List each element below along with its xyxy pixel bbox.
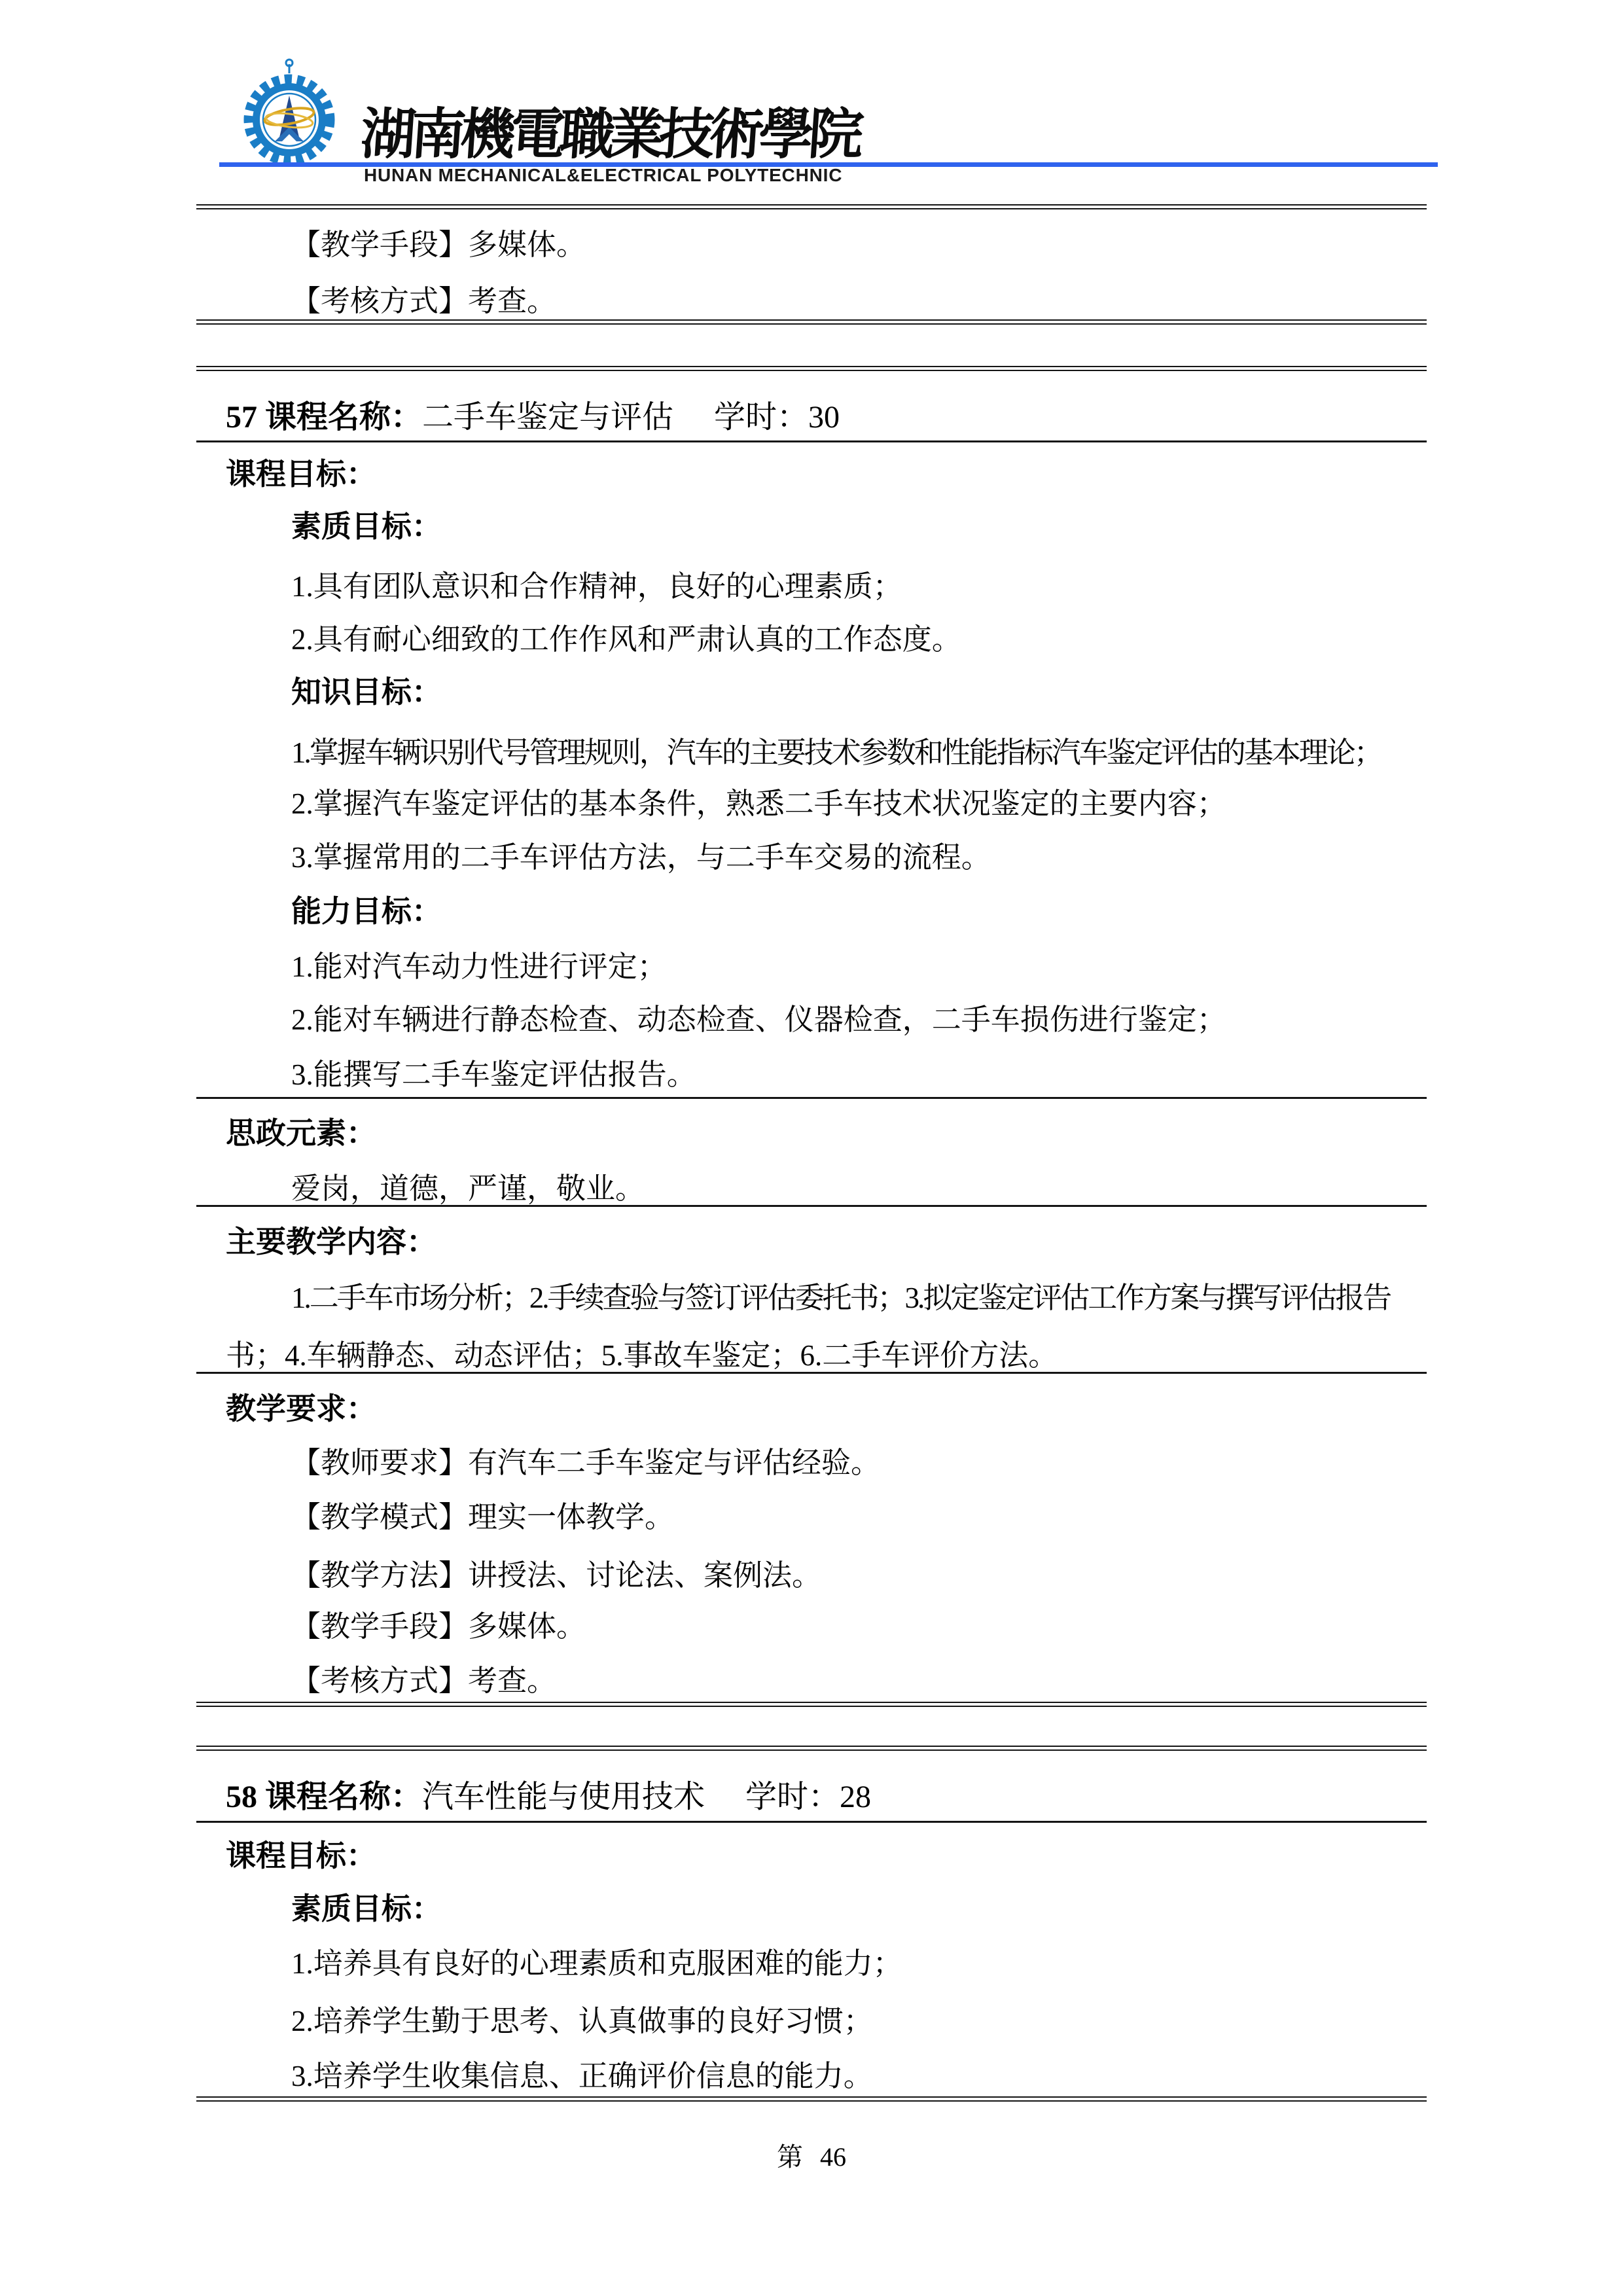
prev-teaching-means: 【教学手段】多媒体。 [291, 226, 586, 263]
course57-requirements-header: 教学要求： [226, 1391, 376, 1427]
course57-requirement-item: 【教学手段】多媒体。 [291, 1608, 586, 1645]
course58-table-top-border [196, 1746, 1427, 1751]
school-logo [224, 58, 355, 166]
course58-quality-header: 素质目标： [291, 1891, 442, 1928]
document-page: { "header": { "logo_cn": "湖南機電職業技術學院", "… [0, 0, 1623, 2296]
course58-quality-item: 1.培养具有良好的心理素质和克服困难的能力； [291, 1945, 902, 1982]
header-accent-bar [219, 162, 1438, 167]
course57-ability-header: 能力目标： [291, 893, 442, 930]
course57-ability-item: 2.能对车辆进行静态检查、动态检查、仪器检查，二手车损伤进行鉴定； [291, 1001, 1226, 1038]
course57-knowledge-header: 知识目标： [291, 674, 442, 711]
course57-content-header: 主要教学内容： [226, 1224, 437, 1261]
course58-name: 汽车性能与使用技术 [422, 1780, 705, 1814]
course57-number: 57 [226, 400, 257, 435]
course57-ability-item: 3.能撰写二手车鉴定评估报告。 [291, 1056, 696, 1093]
course57-hours: 30 [808, 400, 840, 435]
course57-requirement-item: 【教学方法】讲授法、讨论法、案例法。 [291, 1557, 821, 1594]
course57-name: 二手车鉴定与评估 [422, 400, 673, 435]
course57-section-divider [196, 1097, 1427, 1099]
course57-knowledge-item: 3.掌握常用的二手车评估方法，与二手车交易的流程。 [291, 839, 991, 876]
course58-title-divider [196, 1821, 1427, 1823]
course58-quality-item: 2.培养学生勤于思考、认真做事的良好习惯； [291, 2003, 873, 2039]
course57-table-bottom-border [196, 1702, 1427, 1707]
course57-ideology-header: 思政元素： [226, 1115, 376, 1152]
course57-knowledge-item: 1.掌握车辆识别代号管理规则，汽车的主要技术参数和性能指标汽车鉴定评估的基本理论… [291, 734, 1382, 771]
course57-table-top-border [196, 366, 1427, 371]
course57-hours-label: 学时： [714, 400, 808, 435]
page-label: 第 [777, 2142, 803, 2172]
course57-section-divider [196, 1372, 1427, 1374]
table-border-bottom [196, 319, 1427, 325]
course58-table-bottom-border [196, 2096, 1427, 2102]
course57-content-line: 1.二手车市场分析；2.手续查验与签订评估委托书；3.拟定鉴定评估工作方案与撰写… [291, 1280, 1390, 1316]
course57-section-divider [196, 1205, 1427, 1207]
school-name-chinese: 湖南機電職業技術學院 [359, 90, 861, 170]
course57-quality-item: 1.具有团队意识和合作精神，良好的心理素质； [291, 568, 902, 605]
course57-requirement-item: 【教师要求】有汽车二手车鉴定与评估经验。 [291, 1444, 880, 1481]
course57-knowledge-item: 2.掌握汽车鉴定评估的基本条件，熟悉二手车技术状况鉴定的主要内容； [291, 785, 1226, 822]
course57-content-line: 书；4.车辆静态、动态评估；5.事故车鉴定；6.二手车评价方法。 [226, 1337, 1058, 1374]
course58-number: 58 [226, 1780, 257, 1814]
course57-ideology-text: 爱岗，道德，严谨，敬业。 [291, 1170, 645, 1207]
course58-title-row: 58 课程名称：汽车性能与使用技术学时：28 [226, 1778, 871, 1817]
school-name-english: HUNAN MECHANICAL&ELECTRICAL POLYTECHNIC [364, 165, 842, 186]
course57-quality-header: 素质目标： [291, 509, 442, 545]
course57-requirement-item: 【教学模式】理实一体教学。 [291, 1499, 674, 1535]
course57-quality-item: 2.具有耐心细致的工作作风和严肃认真的工作态度。 [291, 621, 961, 658]
course58-goal-header: 课程目标： [226, 1838, 376, 1874]
course57-goal-header: 课程目标： [226, 456, 376, 493]
course57-title-row: 57 课程名称：二手车鉴定与评估学时：30 [226, 398, 840, 437]
prev-assessment: 【考核方式】考查。 [291, 283, 556, 319]
course58-hours-label: 学时： [745, 1780, 840, 1814]
course57-requirement-item: 【考核方式】考查。 [291, 1662, 556, 1699]
table-border-top [196, 204, 1427, 209]
course57-label: 课程名称： [265, 400, 422, 435]
page-footer: 第46 [196, 2140, 1427, 2174]
course57-ability-item: 1.能对汽车动力性进行评定； [291, 948, 667, 985]
course58-label: 课程名称： [265, 1780, 422, 1814]
course58-quality-item: 3.培养学生收集信息、正确评价信息的能力。 [291, 2058, 873, 2094]
course58-hours: 28 [840, 1780, 871, 1814]
course57-title-divider [196, 440, 1427, 442]
gear-emblem-icon [224, 58, 355, 166]
page-number: 46 [820, 2142, 846, 2172]
